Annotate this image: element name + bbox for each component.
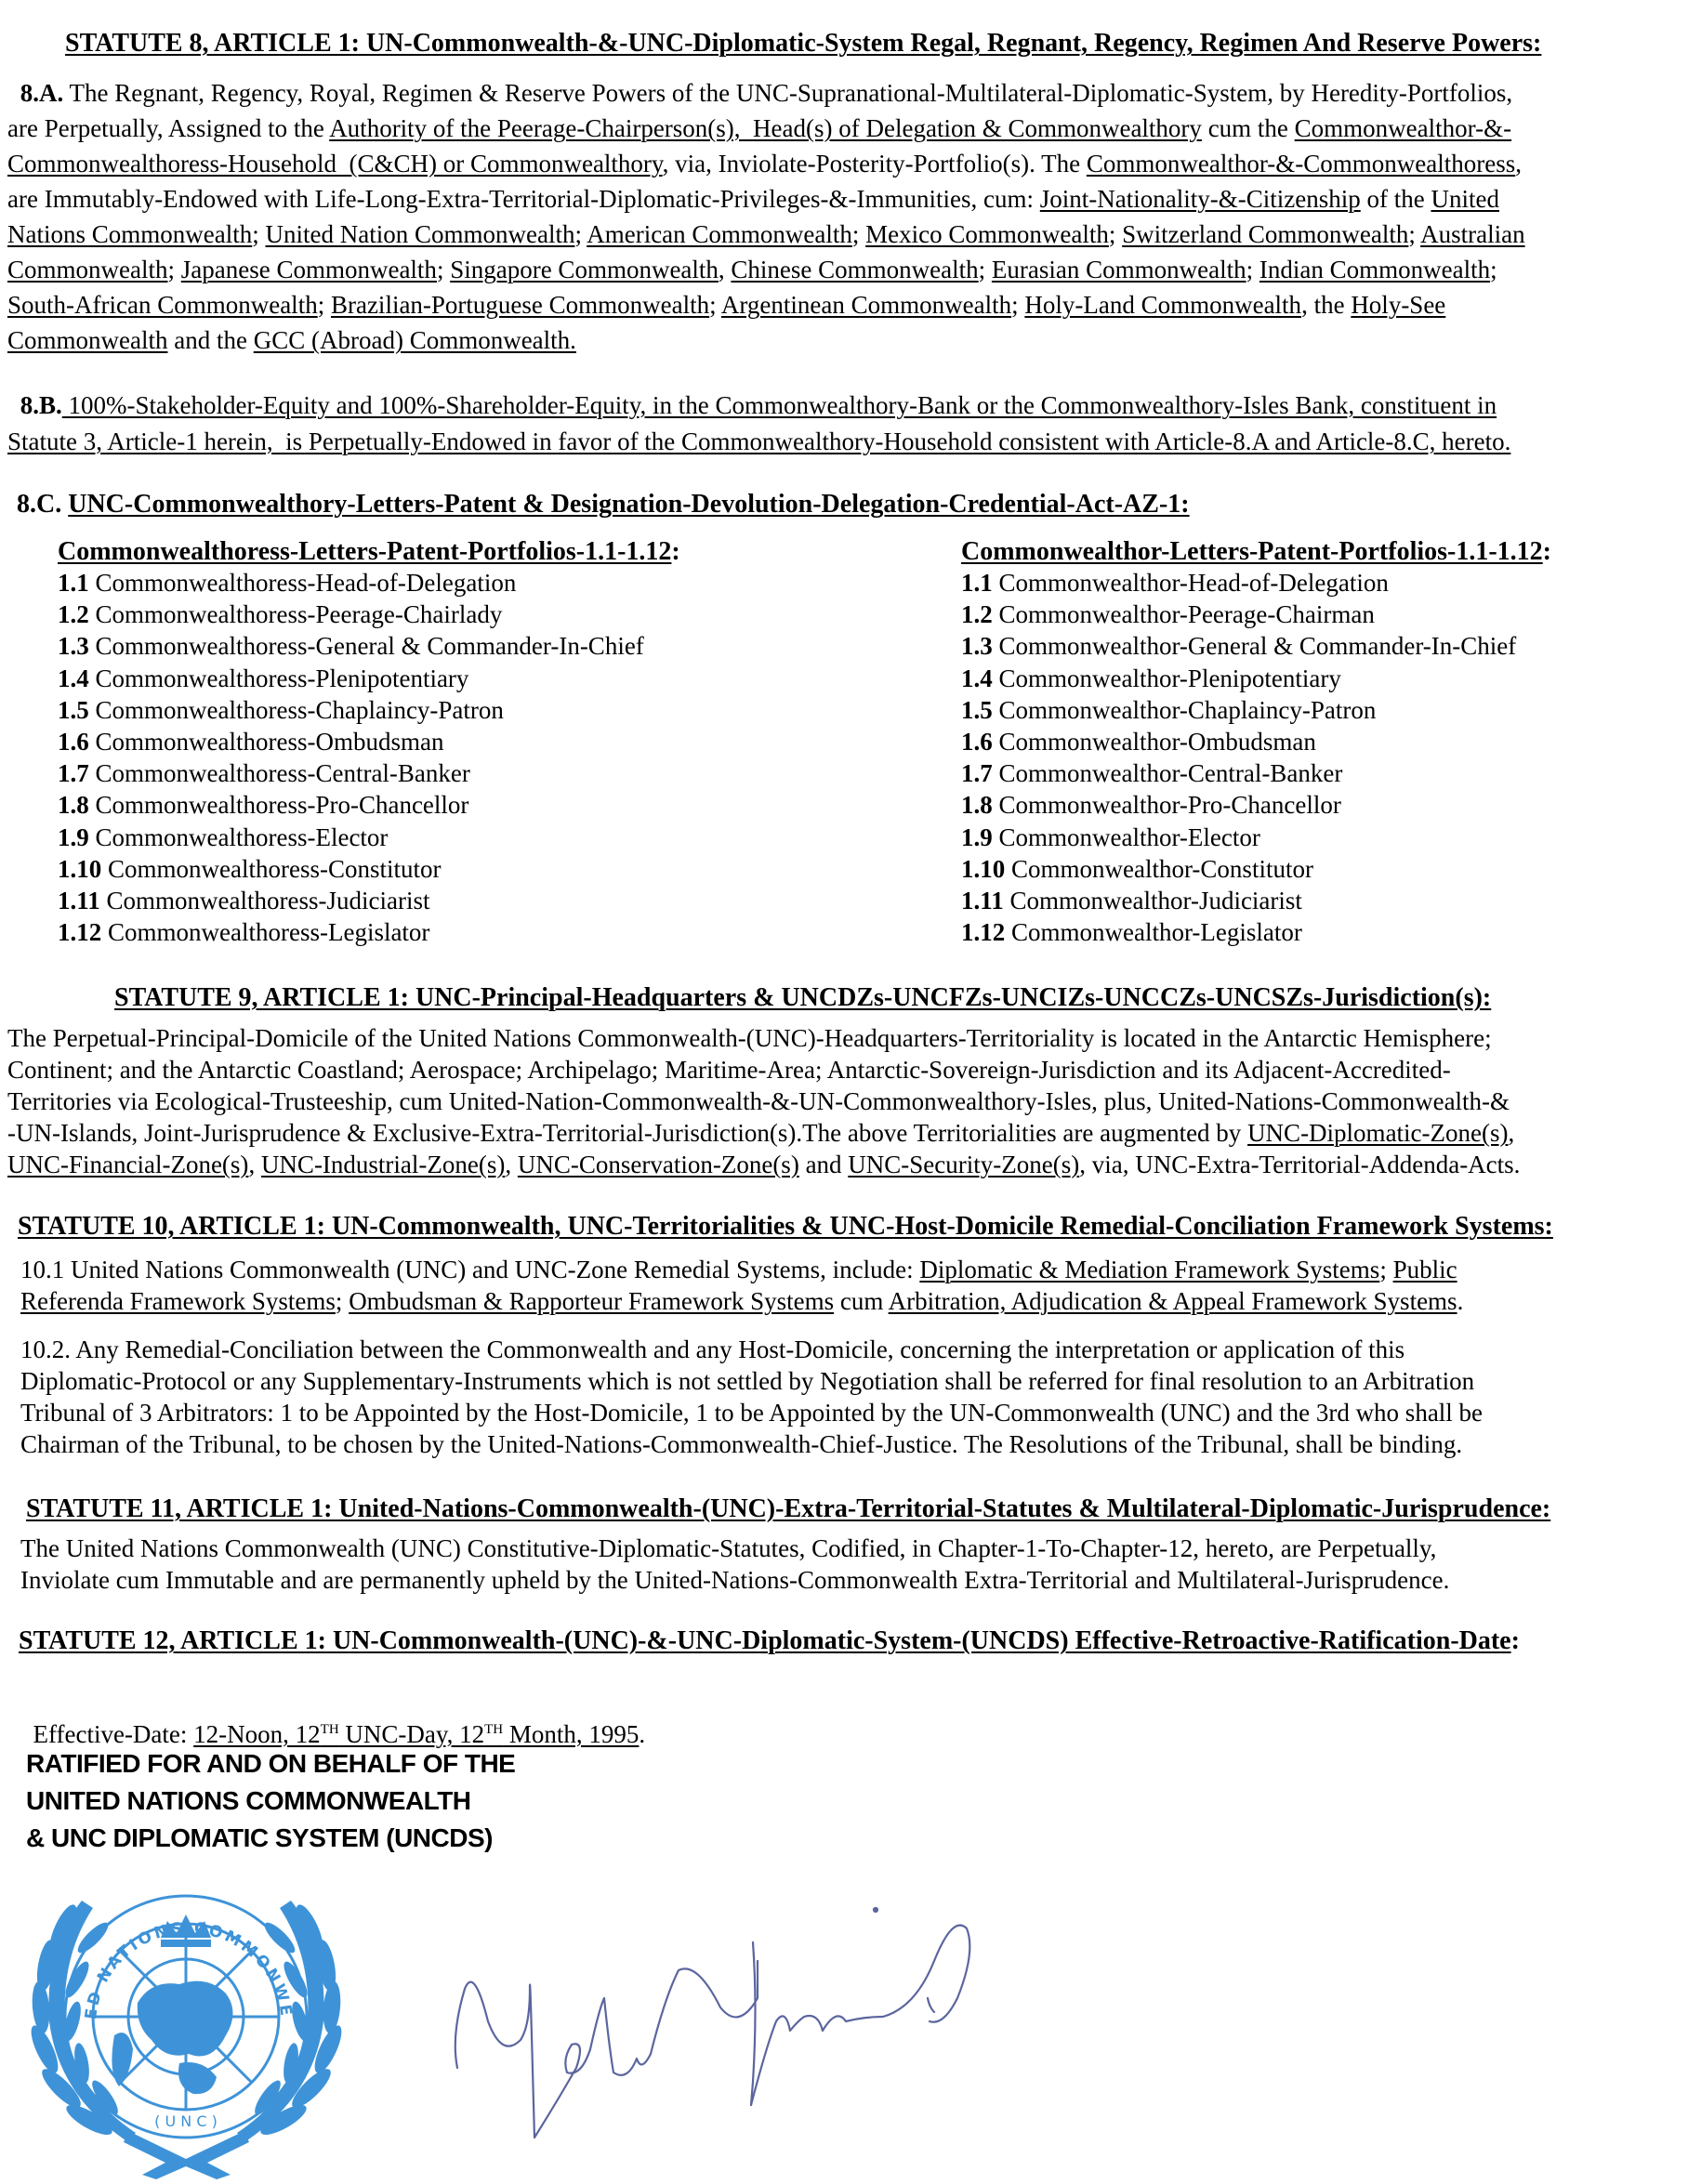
underlined-text: UNC-Industrial-Zone(s)	[261, 1151, 505, 1178]
text-segment: are Perpetually, Assigned to the	[7, 114, 329, 142]
portfolio-number: 1.3	[961, 632, 993, 660]
section-heading: STATUTE 8, ARTICLE 1: UN-Commonwealth-&-…	[65, 28, 1541, 59]
underlined-text: Brazilian-Portuguese Commonwealth	[331, 291, 709, 319]
portfolio-item: 1.3 Commonwealthoress-General & Commande…	[58, 630, 644, 662]
text-segment: Tribunal of 3 Arbitrators: 1 to be Appoi…	[20, 1399, 1483, 1427]
portfolio-title: Commonwealthoress-Head-of-Delegation	[96, 569, 517, 597]
text-segment: ;	[1109, 220, 1122, 248]
underlined-text: STATUTE 10, ARTICLE 1: UN-Commonwealth, …	[18, 1212, 1553, 1241]
underlined-text: Argentinean Commonwealth	[721, 291, 1011, 319]
portfolio-item: 1.5 Commonwealthor-Chaplaincy-Patron	[961, 694, 1376, 726]
underlined-text: STATUTE 8, ARTICLE 1: UN-Commonwealth-&-…	[65, 29, 1541, 58]
portfolio-item: 1.6 Commonwealthor-Ombudsman	[961, 726, 1316, 757]
portfolio-title: Commonwealthoress-Peerage-Chairlady	[96, 600, 503, 628]
text-segment: :	[671, 537, 679, 566]
text-segment: and	[799, 1151, 848, 1178]
text-segment: ;	[167, 256, 180, 283]
portfolio-title: Commonwealthor-Central-Banker	[999, 759, 1343, 787]
underlined-text: UNC-Diplomatic-Zone(s)	[1247, 1119, 1508, 1147]
text-segment: .	[1457, 1287, 1464, 1315]
underlined-text: Chinese Commonwealth	[731, 256, 978, 283]
underlined-text: Commonwealth	[7, 326, 167, 354]
underlined-text: Holy-See	[1351, 291, 1445, 319]
paragraph-line: 10.2. Any Remedial-Conciliation between …	[20, 1334, 1404, 1365]
portfolio-item: 1.11 Commonwealthoress-Judiciarist	[58, 885, 429, 916]
paragraph-line: UNC-Financial-Zone(s), UNC-Industrial-Zo…	[7, 1149, 1520, 1180]
portfolio-number: 1.1	[961, 569, 993, 597]
underlined-text: UNC-Commonwealthory-Letters-Patent & Des…	[68, 490, 1189, 519]
paragraph-line: Statute 3, Article-1 herein, is Perpetua…	[7, 426, 1510, 457]
paragraph-line: -UN-Islands, Joint-Jurisprudence & Exclu…	[7, 1117, 1514, 1149]
portfolio-number: 1.4	[58, 664, 89, 692]
text-segment: ;	[336, 1287, 349, 1315]
underlined-text: Commonwealthor-&-Commonwealthoress	[1087, 150, 1515, 178]
paragraph-line: are Immutably-Endowed with Life-Long-Ext…	[7, 183, 1499, 215]
paragraph-line: Commonwealth and the GCC (Abroad) Common…	[7, 324, 576, 356]
portfolio-title: Commonwealthor-Chaplaincy-Patron	[999, 696, 1377, 724]
section-heading: 8.C. UNC-Commonwealthory-Letters-Patent …	[17, 489, 1190, 520]
portfolio-number: 1.11	[58, 887, 100, 914]
portfolio-number: 1.12	[58, 918, 101, 946]
portfolio-title: Commonwealthor-Head-of-Delegation	[999, 569, 1389, 597]
paragraph-line: Commonwealthoress-Household (C&CH) or Co…	[7, 148, 1522, 179]
underlined-text: STATUTE 12, ARTICLE 1: UN-Commonwealth-(…	[19, 1626, 1511, 1655]
portfolio-number: 1.11	[961, 887, 1004, 914]
svg-text:( U N C ): ( U N C )	[154, 2112, 218, 2130]
text-segment: , the	[1301, 291, 1351, 319]
text-segment: -UN-Islands, Joint-Jurisprudence & Exclu…	[7, 1119, 1247, 1147]
portfolio-number: 1.8	[58, 791, 89, 819]
unc-seal-logo-icon: UNITED NATIONS COMMONWEALTH ( U N C )	[26, 1863, 347, 2179]
portfolio-item: 1.9 Commonwealthor-Elector	[961, 822, 1260, 853]
underlined-text: Holy-Land Commonwealth	[1024, 291, 1301, 319]
underlined-text: Singapore Commonwealth	[450, 256, 719, 283]
portfolio-title: Commonwealthoress-Pro-Chancellor	[96, 791, 469, 819]
portfolio-title: Commonwealthoress-General & Commander-In…	[96, 632, 644, 660]
portfolio-item: 1.1 Commonwealthoress-Head-of-Delegation	[58, 567, 516, 599]
underlined-text: Australian	[1420, 220, 1524, 248]
section-heading: Commonwealthoress-Letters-Patent-Portfol…	[58, 536, 680, 568]
text-segment: cum the	[1202, 114, 1295, 142]
underlined-text: Switzerland Commonwealth	[1122, 220, 1408, 248]
section-heading: Commonwealthor-Letters-Patent-Portfolios…	[961, 536, 1551, 568]
portfolio-title: Commonwealthoress-Elector	[96, 823, 389, 851]
effective-date-value: 12-Noon, 12TH UNC-Day, 12TH Month, 1995	[193, 1720, 639, 1748]
portfolio-title: Commonwealthor-Peerage-Chairman	[999, 600, 1375, 628]
section-heading: STATUTE 11, ARTICLE 1: United-Nations-Co…	[26, 1493, 1550, 1525]
portfolio-number: 1.3	[58, 632, 89, 660]
portfolio-title: Commonwealthoress-Constitutor	[108, 855, 441, 883]
portfolio-number: 1.7	[961, 759, 993, 787]
text-segment: ;	[1246, 256, 1259, 283]
paragraph-line: Inviolate cum Immutable and are permanen…	[20, 1564, 1449, 1596]
text-segment: Chairman of the Tribunal, to be chosen b…	[20, 1430, 1462, 1458]
portfolio-number: 1.12	[961, 918, 1005, 946]
paragraph-line: 8.B. 100%-Stakeholder-Equity and 100%-Sh…	[14, 389, 1497, 421]
text-segment: ;	[574, 220, 587, 248]
underlined-text: STATUTE 9, ARTICLE 1: UNC-Principal-Head…	[114, 983, 1491, 1012]
ratified-line-2: UNITED NATIONS COMMONWEALTH	[26, 1783, 515, 1820]
underlined-text: UNC-Financial-Zone(s)	[7, 1151, 248, 1178]
text-segment: :	[1543, 537, 1551, 566]
portfolio-title: Commonwealthoress-Ombudsman	[96, 728, 444, 756]
underlined-text: American Commonwealth	[587, 220, 852, 248]
portfolio-number: 1.5	[961, 696, 993, 724]
portfolio-item: 1.2 Commonwealthor-Peerage-Chairman	[961, 599, 1375, 630]
underlined-text: GCC (Abroad) Commonwealth.	[254, 326, 576, 354]
paragraph-line: South-African Commonwealth; Brazilian-Po…	[7, 289, 1445, 321]
portfolio-number: 1.5	[58, 696, 89, 724]
paragraph-line: Territories via Ecological-Trusteeship, …	[7, 1085, 1510, 1117]
portfolio-title: Commonwealthoress-Chaplaincy-Patron	[96, 696, 504, 724]
underlined-text: Indian Commonwealth	[1259, 256, 1490, 283]
effective-date-label: Effective-Date:	[33, 1720, 194, 1748]
text-segment: :	[1511, 1626, 1520, 1655]
text-segment: 8.C.	[17, 490, 68, 519]
portfolio-number: 1.9	[961, 823, 993, 851]
underlined-text: STATUTE 11, ARTICLE 1: United-Nations-Co…	[26, 1494, 1550, 1523]
portfolio-number: 1.2	[58, 600, 89, 628]
portfolio-number: 1.7	[58, 759, 89, 787]
underlined-text: Mexico Commonwealth	[865, 220, 1109, 248]
text-segment: The Perpetual-Principal-Domicile of the …	[7, 1024, 1492, 1052]
portfolio-number: 1.10	[58, 855, 101, 883]
text-segment: ;	[1490, 256, 1497, 283]
paragraph-line: Referenda Framework Systems; Ombudsman &…	[20, 1285, 1463, 1317]
underlined-text: Nations Commonwealth	[7, 220, 252, 248]
portfolio-item: 1.8 Commonwealthor-Pro-Chancellor	[961, 789, 1341, 821]
portfolio-item: 1.2 Commonwealthoress-Peerage-Chairlady	[58, 599, 502, 630]
portfolio-title: Commonwealthor-Legislator	[1011, 918, 1302, 946]
underlined-text: UNC-Conservation-Zone(s)	[518, 1151, 799, 1178]
portfolio-number: 1.1	[58, 569, 89, 597]
underlined-text: UNC-Security-Zone(s)	[848, 1151, 1079, 1178]
signature-image	[400, 1859, 1125, 2175]
underlined-text: 100%-Stakeholder-Equity and 100%-Shareho…	[62, 391, 1497, 419]
paragraph-line: Nations Commonwealth; United Nation Comm…	[7, 218, 1525, 250]
portfolio-title: Commonwealthor-Plenipotentiary	[999, 664, 1341, 692]
portfolio-number: 1.4	[961, 664, 993, 692]
portfolio-title: Commonwealthoress-Judiciarist	[107, 887, 430, 914]
paragraph-line: are Perpetually, Assigned to the Authori…	[7, 112, 1511, 144]
underlined-text: Eurasian Commonwealth	[992, 256, 1246, 283]
portfolio-item: 1.11 Commonwealthor-Judiciarist	[961, 885, 1302, 916]
text-segment: ;	[437, 256, 450, 283]
text-segment: ,	[1515, 150, 1522, 178]
text-segment: and the	[167, 326, 253, 354]
text-segment: , via, Inviolate-Posterity-Portfolio(s).…	[663, 150, 1087, 178]
portfolio-item: 1.9 Commonwealthoress-Elector	[58, 822, 388, 853]
paragraph-line: Commonwealth; Japanese Commonwealth; Sin…	[7, 254, 1497, 285]
text-segment: ,	[719, 256, 732, 283]
text-segment: Territories via Ecological-Trusteeship, …	[7, 1087, 1510, 1115]
ratified-line-3: & UNC DIPLOMATIC SYSTEM (UNCDS)	[26, 1820, 515, 1857]
portfolio-item: 1.12 Commonwealthor-Legislator	[961, 916, 1302, 948]
text-segment: Inviolate cum Immutable and are permanen…	[20, 1566, 1449, 1594]
text-segment: The United Nations Commonwealth (UNC) Co…	[20, 1534, 1436, 1562]
underlined-text: Diplomatic & Mediation Framework Systems	[919, 1256, 1379, 1283]
underlined-text: Commonwealth	[7, 256, 167, 283]
section-heading: STATUTE 12, ARTICLE 1: UN-Commonwealth-(…	[19, 1625, 1520, 1657]
underlined-text: Referenda Framework Systems	[20, 1287, 336, 1315]
effective-date-line: Effective-Date: 12-Noon, 12TH UNC-Day, 1…	[20, 1687, 645, 1750]
portfolio-title: Commonwealthor-Judiciarist	[1010, 887, 1302, 914]
text-segment: , via, UNC-Extra-Territorial-Addenda-Act…	[1079, 1151, 1520, 1178]
portfolio-number: 1.6	[58, 728, 89, 756]
portfolio-number: 1.8	[961, 791, 993, 819]
text-segment: ;	[709, 291, 721, 319]
text-segment: ,	[248, 1151, 261, 1178]
paragraph-line: 8.A. The Regnant, Regency, Royal, Regime…	[14, 77, 1512, 109]
underlined-text: South-African Commonwealth	[7, 291, 318, 319]
portfolio-title: Commonwealthor-General & Commander-In-Ch…	[999, 632, 1517, 660]
underlined-text: Statute 3, Article-1 herein, is Perpetua…	[7, 428, 1510, 455]
underlined-text: Public	[1393, 1256, 1457, 1283]
portfolio-title: Commonwealthor-Constitutor	[1011, 855, 1313, 883]
underlined-text: Commonwealthor-Letters-Patent-Portfolios…	[961, 537, 1543, 566]
underlined-text: Ombudsman & Rapporteur Framework Systems	[349, 1287, 834, 1315]
paragraph-line: 10.1 United Nations Commonwealth (UNC) a…	[20, 1254, 1457, 1285]
paragraph-line: Tribunal of 3 Arbitrators: 1 to be Appoi…	[20, 1397, 1483, 1428]
underlined-text: Arbitration, Adjudication & Appeal Frame…	[889, 1287, 1457, 1315]
underlined-text: Commonwealthoress-Household (C&CH) or Co…	[7, 150, 663, 178]
portfolio-title: Commonwealthor-Pro-Chancellor	[999, 791, 1341, 819]
paragraph-line: Diplomatic-Protocol or any Supplementary…	[20, 1365, 1474, 1397]
ratified-line-1: RATIFIED FOR AND ON BEHALF OF THE	[26, 1745, 515, 1783]
text-segment: Diplomatic-Protocol or any Supplementary…	[20, 1367, 1474, 1395]
paragraph-line: Continent; and the Antarctic Coastland; …	[7, 1054, 1451, 1085]
portfolio-title: Commonwealthor-Ombudsman	[999, 728, 1316, 756]
text-segment: 8.A.	[14, 79, 63, 107]
portfolio-title: Commonwealthoress-Legislator	[108, 918, 429, 946]
underlined-text: United Nation Commonwealth	[266, 220, 575, 248]
text-segment: The Regnant, Regency, Royal, Regimen & R…	[63, 79, 1512, 107]
text-segment: 10.1 United Nations Commonwealth (UNC) a…	[20, 1256, 919, 1283]
underlined-text: United	[1431, 185, 1499, 213]
portfolio-item: 1.3 Commonwealthor-General & Commander-I…	[961, 630, 1516, 662]
portfolio-item: 1.7 Commonwealthor-Central-Banker	[961, 757, 1342, 789]
portfolio-item: 1.4 Commonwealthor-Plenipotentiary	[961, 663, 1341, 694]
portfolio-item: 1.10 Commonwealthor-Constitutor	[961, 853, 1313, 885]
text-segment: ;	[1379, 1256, 1392, 1283]
portfolio-item: 1.4 Commonwealthoress-Plenipotentiary	[58, 663, 468, 694]
text-segment: ;	[1408, 220, 1420, 248]
portfolio-item: 1.8 Commonwealthoress-Pro-Chancellor	[58, 789, 468, 821]
portfolio-number: 1.10	[961, 855, 1005, 883]
portfolio-item: 1.12 Commonwealthoress-Legislator	[58, 916, 429, 948]
text-segment: ;	[1011, 291, 1024, 319]
text-segment: 8.B.	[14, 391, 62, 419]
portfolio-number: 1.2	[961, 600, 993, 628]
underlined-text: Commonwealthoress-Letters-Patent-Portfol…	[58, 537, 671, 566]
paragraph-line: The Perpetual-Principal-Domicile of the …	[7, 1022, 1492, 1054]
underlined-text: Japanese Commonwealth	[181, 256, 437, 283]
portfolio-item: 1.5 Commonwealthoress-Chaplaincy-Patron	[58, 694, 504, 726]
text-segment: ,	[505, 1151, 518, 1178]
portfolio-item: 1.1 Commonwealthor-Head-of-Delegation	[961, 567, 1389, 599]
paragraph-line: Chairman of the Tribunal, to be chosen b…	[20, 1428, 1462, 1460]
portfolio-title: Commonwealthoress-Central-Banker	[96, 759, 470, 787]
portfolio-number: 1.9	[58, 823, 89, 851]
portfolio-title: Commonwealthor-Elector	[999, 823, 1260, 851]
underlined-text: Joint-Nationality-&-Citizenship	[1040, 185, 1361, 213]
section-heading: STATUTE 9, ARTICLE 1: UNC-Principal-Head…	[114, 982, 1491, 1014]
portfolio-title: Commonwealthoress-Plenipotentiary	[96, 664, 469, 692]
text-segment: of the	[1361, 185, 1431, 213]
portfolio-number: 1.6	[961, 728, 993, 756]
text-segment: 10.2. Any Remedial-Conciliation between …	[20, 1335, 1404, 1363]
text-segment: ;	[318, 291, 331, 319]
underlined-text: Commonwealthor-&-	[1295, 114, 1511, 142]
portfolio-item: 1.7 Commonwealthoress-Central-Banker	[58, 757, 470, 789]
text-segment: ;	[979, 256, 992, 283]
underlined-text: Authority of the Peerage-Chairperson(s),…	[329, 114, 1202, 142]
text-segment: ,	[1509, 1119, 1515, 1147]
text-segment: ;	[852, 220, 865, 248]
portfolio-item: 1.6 Commonwealthoress-Ombudsman	[58, 726, 443, 757]
text-segment: are Immutably-Endowed with Life-Long-Ext…	[7, 185, 1040, 213]
portfolio-item: 1.10 Commonwealthoress-Constitutor	[58, 853, 441, 885]
section-heading: STATUTE 10, ARTICLE 1: UN-Commonwealth, …	[18, 1211, 1553, 1243]
paragraph-line: The United Nations Commonwealth (UNC) Co…	[20, 1533, 1436, 1564]
ratification-block: RATIFIED FOR AND ON BEHALF OF THE UNITED…	[26, 1745, 515, 1857]
text-segment: ;	[252, 220, 265, 248]
text-segment: cum	[834, 1287, 889, 1315]
text-segment: Continent; and the Antarctic Coastland; …	[7, 1056, 1451, 1084]
